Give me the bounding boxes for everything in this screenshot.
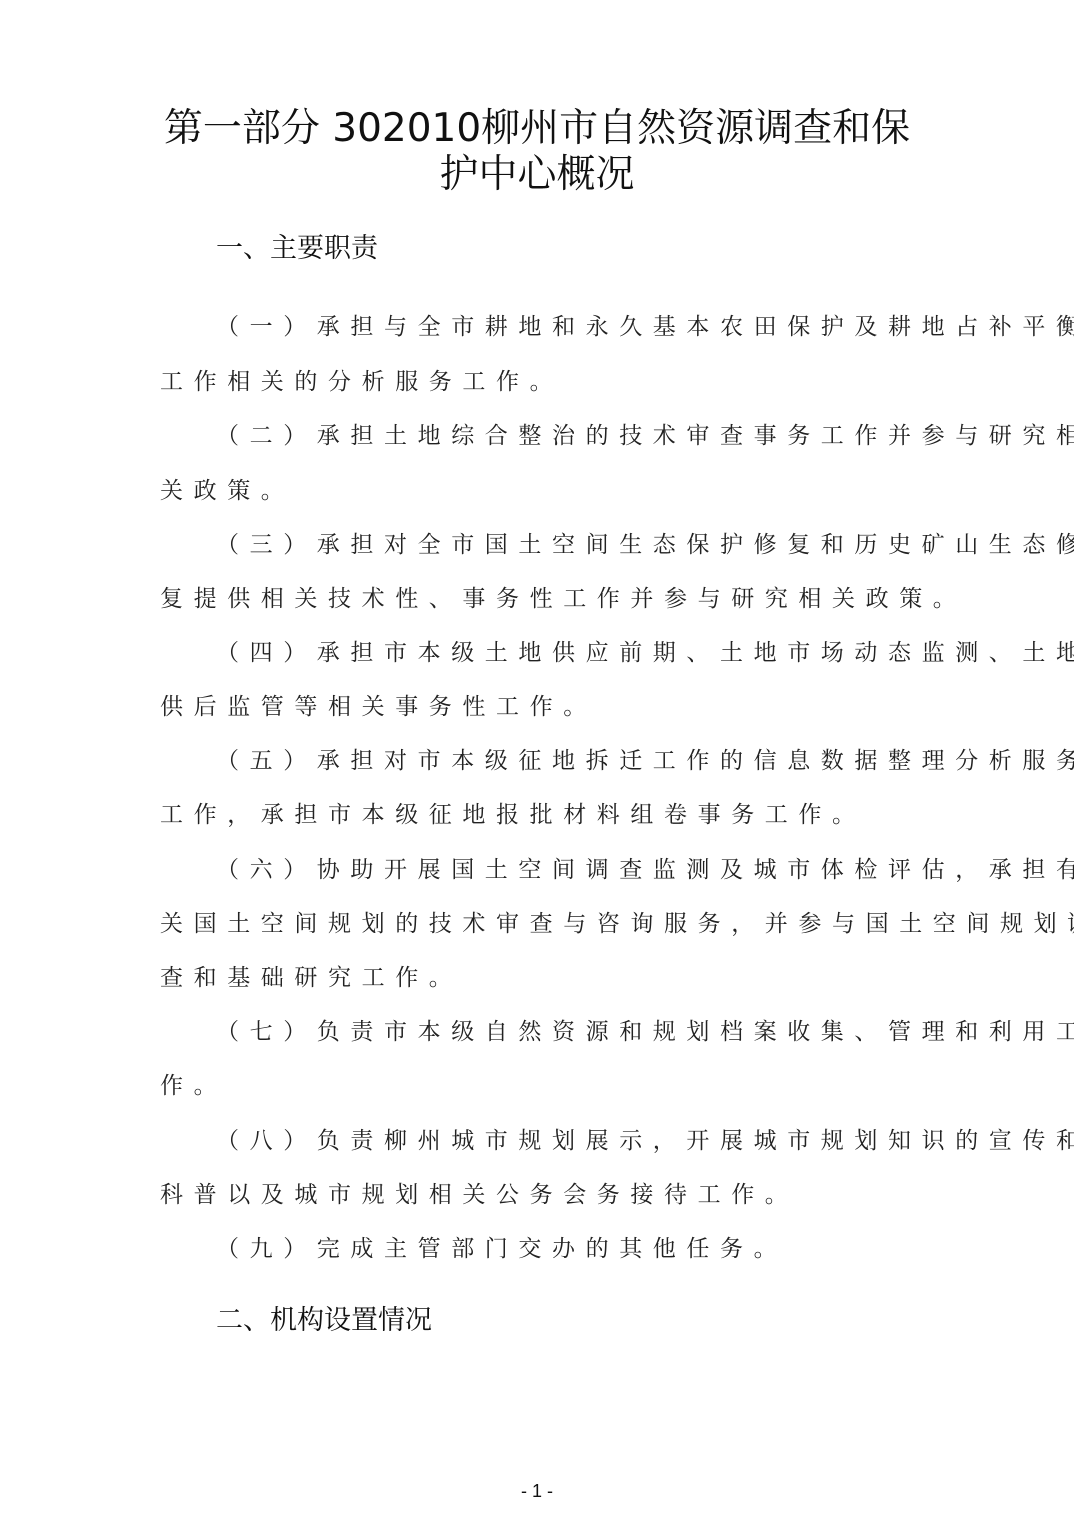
duty-item-8-line-2: 科普以及城市规划相关公务会务接待工作。	[160, 1180, 930, 1210]
duty-item-7-line-2: 作。	[160, 1071, 930, 1101]
duty-item-6-line-1: （六）协助开展国土空间调查监测及城市体检评估，承担有	[216, 855, 986, 885]
section-heading-organization: 二、机构设置情况	[216, 1304, 432, 1338]
duty-item-6-line-3: 查和基础研究工作。	[160, 963, 930, 993]
duty-item-5-line-2: 工作，承担市本级征地报批材料组卷事务工作。	[160, 800, 930, 830]
page-number: - 1 -	[0, 1480, 1074, 1502]
duty-item-4-line-2: 供后监管等相关事务性工作。	[160, 692, 930, 722]
duty-item-5-line-1: （五）承担对市本级征地拆迁工作的信息数据整理分析服务	[216, 746, 986, 776]
duty-item-3-line-1: （三）承担对全市国土空间生态保护修复和历史矿山生态修	[216, 530, 986, 560]
document-page: 第一部分 302010柳州市自然资源调查和保 护中心概况 一、主要职责 （一）承…	[0, 0, 1074, 1520]
duty-item-6-line-2: 关国土空间规划的技术审查与咨询服务，并参与国土空间规划调	[160, 909, 930, 939]
duty-item-3-line-2: 复提供相关技术性、事务性工作并参与研究相关政策。	[160, 584, 930, 614]
document-title-line-1: 第一部分 302010柳州市自然资源调查和保	[0, 106, 1074, 152]
duty-item-1-line-2: 工作相关的分析服务工作。	[160, 367, 930, 397]
duty-item-1-line-1: （一）承担与全市耕地和永久基本农田保护及耕地占补平衡	[216, 312, 986, 342]
duty-item-2-line-2: 关政策。	[160, 476, 930, 506]
duty-item-8-line-1: （八）负责柳州城市规划展示，开展城市规划知识的宣传和	[216, 1126, 986, 1156]
duty-item-9-line-1: （九）完成主管部门交办的其他任务。	[216, 1234, 986, 1264]
duty-item-7-line-1: （七）负责市本级自然资源和规划档案收集、管理和利用工	[216, 1017, 986, 1047]
section-heading-main-duties: 一、主要职责	[216, 232, 378, 266]
duty-item-4-line-1: （四）承担市本级土地供应前期、土地市场动态监测、土地	[216, 638, 986, 668]
duty-item-2-line-1: （二）承担土地综合整治的技术审查事务工作并参与研究相	[216, 421, 986, 451]
document-title-line-2: 护中心概况	[0, 152, 1074, 198]
